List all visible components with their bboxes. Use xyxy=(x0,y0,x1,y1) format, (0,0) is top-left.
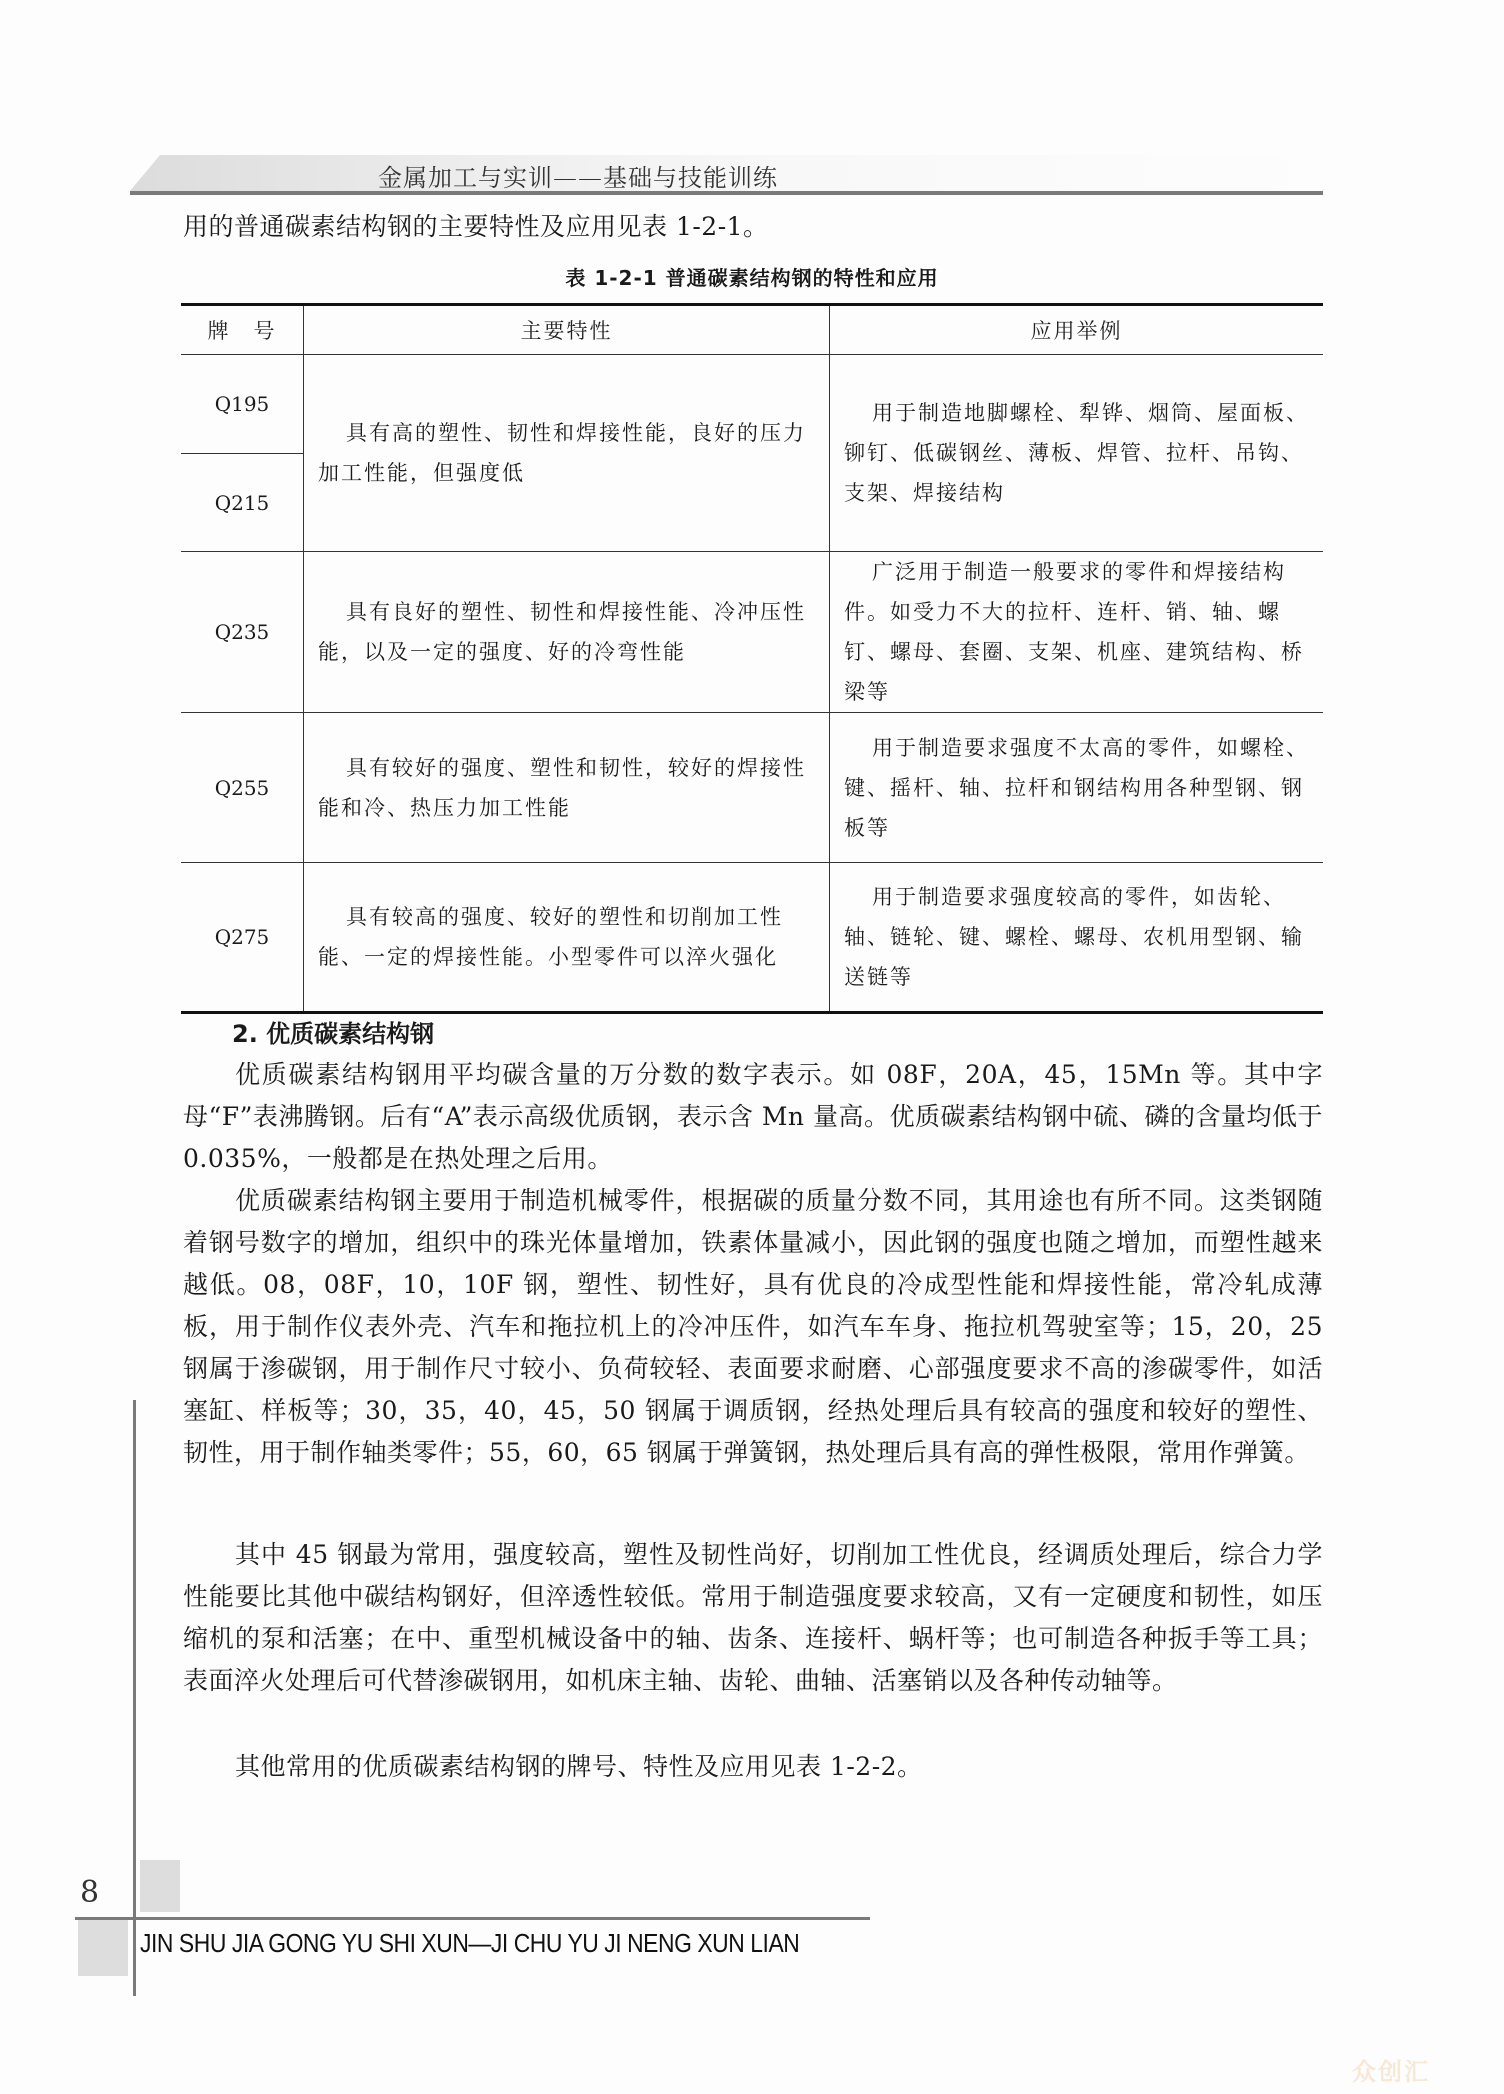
footer-pinyin-title: JIN SHU JIA GONG YU SHI XUN—JI CHU YU JI… xyxy=(140,1928,799,1959)
properties-text: 具有高的塑性、韧性和焊接性能，良好的压力加工性能，但强度低 xyxy=(318,413,815,493)
column-header-properties: 主要特性 xyxy=(304,305,830,355)
properties-cell: 具有良好的塑性、韧性和焊接性能、冷冲压性能，以及一定的强度、好的冷弯性能 xyxy=(304,552,830,713)
applications-cell: 用于制造地脚螺栓、犁铧、烟筒、屋面板、铆钉、低碳钢丝、薄板、焊管、拉杆、吊钩、支… xyxy=(830,355,1324,552)
paragraph: 优质碳素结构钢用平均碳含量的万分数的数字表示。如 08F，20A，45，15Mn… xyxy=(183,1054,1323,1180)
applications-text: 广泛用于制造一般要求的零件和焊接结构件。如受力不大的拉杆、连杆、销、轴、螺钉、螺… xyxy=(844,552,1309,712)
table-row: Q255 具有较好的强度、塑性和韧性，较好的焊接性能和冷、热压力加工性能 用于制… xyxy=(181,713,1323,863)
steel-properties-table: 牌 号 主要特性 应用举例 Q195 具有高的塑性、韧性和焊接性能，良好的压力加… xyxy=(181,303,1323,1014)
applications-cell: 用于制造要求强度不太高的零件，如螺栓、键、摇杆、轴、拉杆和钢结构用各种型钢、钢板… xyxy=(830,713,1324,863)
grade-cell: Q195 xyxy=(181,355,304,454)
footer-vertical-rule xyxy=(133,1400,136,1996)
table-header-row: 牌 号 主要特性 应用举例 xyxy=(181,305,1323,355)
applications-text: 用于制造要求强度不太高的零件，如螺栓、键、摇杆、轴、拉杆和钢结构用各种型钢、钢板… xyxy=(844,728,1309,848)
applications-text: 用于制造要求强度较高的零件，如齿轮、轴、链轮、键、螺栓、螺母、农机用型钢、输送链… xyxy=(844,877,1309,997)
running-title: 金属加工与实训——基础与技能训练 xyxy=(378,158,778,193)
applications-cell: 用于制造要求强度较高的零件，如齿轮、轴、链轮、键、螺栓、螺母、农机用型钢、输送链… xyxy=(830,863,1324,1013)
column-header-grade: 牌 号 xyxy=(181,305,304,355)
watermark: 众创汇 xyxy=(1352,2052,1430,2087)
grade-cell: Q235 xyxy=(181,552,304,713)
applications-cell: 广泛用于制造一般要求的零件和焊接结构件。如受力不大的拉杆、连杆、销、轴、螺钉、螺… xyxy=(830,552,1324,713)
table-caption: 表 1-2-1 普通碳素结构钢的特性和应用 xyxy=(0,262,1504,291)
table-row: Q235 具有良好的塑性、韧性和焊接性能、冷冲压性能，以及一定的强度、好的冷弯性… xyxy=(181,552,1323,713)
grade-cell: Q215 xyxy=(181,454,304,552)
footer-decor-square xyxy=(78,1920,128,1976)
intro-line: 用的普通碳素结构钢的主要特性及应用见表 1-2-1。 xyxy=(183,206,1323,248)
applications-text: 用于制造地脚螺栓、犁铧、烟筒、屋面板、铆钉、低碳钢丝、薄板、焊管、拉杆、吊钩、支… xyxy=(844,393,1309,513)
properties-cell: 具有较好的强度、塑性和韧性，较好的焊接性能和冷、热压力加工性能 xyxy=(304,713,830,863)
footer-rule xyxy=(75,1917,870,1920)
grade-cell: Q255 xyxy=(181,713,304,863)
table-row: Q275 具有较高的强度、较好的塑性和切削加工性能、一定的焊接性能。小型零件可以… xyxy=(181,863,1323,1013)
column-header-applications: 应用举例 xyxy=(830,305,1324,355)
properties-text: 具有较好的强度、塑性和韧性，较好的焊接性能和冷、热压力加工性能 xyxy=(318,748,815,828)
footer-decor-square xyxy=(140,1860,180,1912)
paragraph: 其中 45 钢最为常用，强度较高，塑性及韧性尚好，切削加工性优良，经调质处理后，… xyxy=(183,1534,1323,1702)
grade-cell: Q275 xyxy=(181,863,304,1013)
table-row: Q195 具有高的塑性、韧性和焊接性能，良好的压力加工性能，但强度低 用于制造地… xyxy=(181,355,1323,454)
properties-text: 具有良好的塑性、韧性和焊接性能、冷冲压性能，以及一定的强度、好的冷弯性能 xyxy=(318,592,815,672)
paragraph: 优质碳素结构钢主要用于制造机械零件，根据碳的质量分数不同，其用途也有所不同。这类… xyxy=(183,1180,1323,1474)
properties-cell: 具有高的塑性、韧性和焊接性能，良好的压力加工性能，但强度低 xyxy=(304,355,830,552)
properties-cell: 具有较高的强度、较好的塑性和切削加工性能、一定的焊接性能。小型零件可以淬火强化 xyxy=(304,863,830,1013)
properties-text: 具有较高的强度、较好的塑性和切削加工性能、一定的焊接性能。小型零件可以淬火强化 xyxy=(318,897,815,977)
page-number: 8 xyxy=(80,1875,99,1910)
section-heading: 2. 优质碳素结构钢 xyxy=(232,1014,434,1049)
paragraph: 其他常用的优质碳素结构钢的牌号、特性及应用见表 1-2-2。 xyxy=(183,1746,1323,1788)
